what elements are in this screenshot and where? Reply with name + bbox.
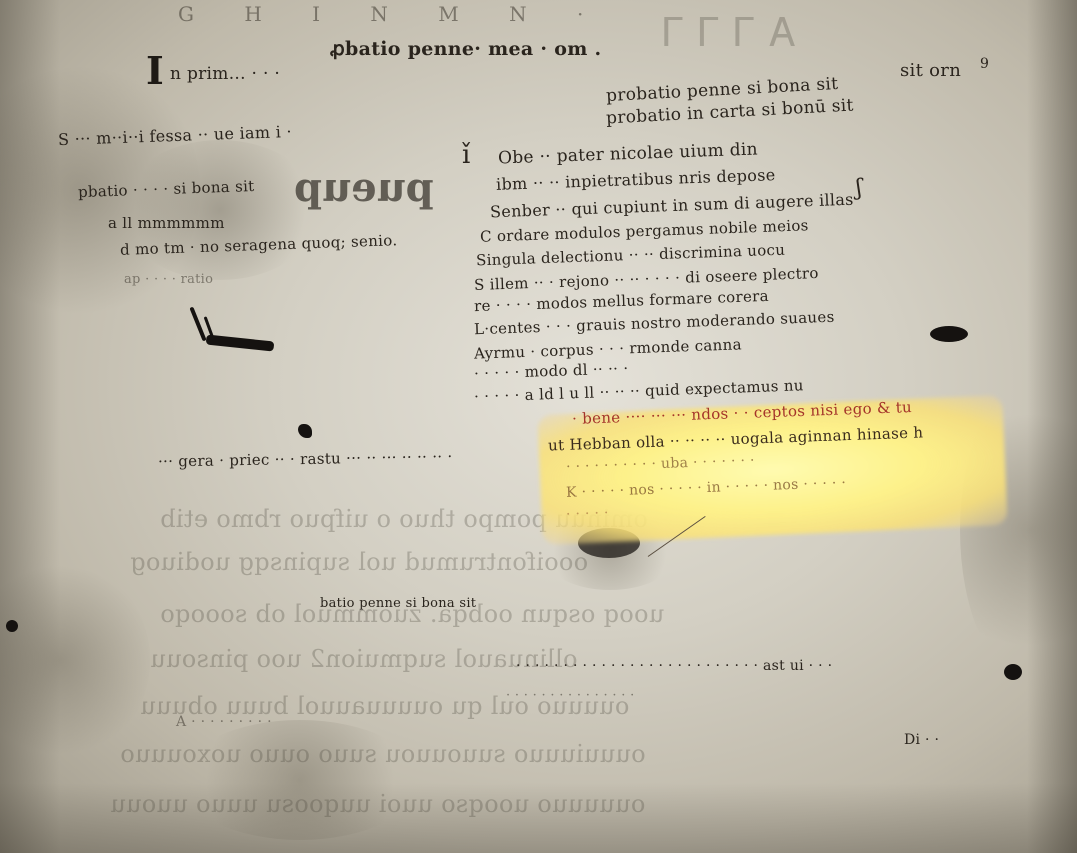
text-line: ibm ·· ·· inpietratibus nris depose	[496, 165, 776, 194]
stain	[0, 560, 150, 760]
text-line: ꝓbatio penne· mea · om .	[330, 38, 601, 60]
text-line: Ayrmu · corpus · · · rmonde canna	[474, 335, 742, 362]
pen-trial-line: batio penne si bona sit	[320, 596, 476, 611]
show-through-text: ollinuauol suqmuion2 uoo pinsouu	[150, 645, 578, 673]
ink-blot	[298, 424, 312, 438]
ink-stroke	[206, 334, 275, 351]
text-line: A · · · · · · · · ·	[176, 714, 272, 730]
text-line: Di · ·	[904, 732, 939, 748]
text-line: a ll mmmmmm	[108, 214, 225, 232]
stain	[180, 720, 420, 840]
ink-blot	[6, 620, 18, 632]
marginal-mark: ʃ	[856, 176, 862, 201]
pen-trial-corner: sit orn	[900, 60, 961, 81]
manuscript-page: ominuu pompo thuo o uifpuo rbmo etib ooo…	[0, 0, 1077, 853]
text-line: ap · · · · ratio	[124, 272, 213, 287]
text-line: · · · · · modo dl ·· ·· ·	[474, 359, 629, 382]
text-line: · · · · · · · · · · · · · · ·	[506, 688, 635, 703]
ink-blot	[930, 326, 968, 342]
text-line: n prim... · · ·	[170, 64, 280, 84]
ink-stroke	[189, 307, 206, 342]
show-through-text: oooifontrumud uol supinsqg uodiuog	[130, 548, 588, 576]
text-line: Obe ·· pater nicolae uium din	[498, 139, 758, 168]
show-through-text: ouuuiuuuo suuouuou suuo ouuo uoxouuuo	[120, 740, 646, 768]
stain	[120, 140, 320, 280]
decorated-initial: I	[146, 48, 164, 93]
text-line: · · · · ·	[566, 505, 609, 522]
text-line: Singula delectionu ·· ·· discrimina uocu	[476, 241, 786, 270]
text-line: ··· gera · priec ·· · rastu ··· ·· ··· ·…	[158, 447, 453, 470]
text-line: · · · · · · · · · · · · · · · · · · · · …	[516, 658, 832, 674]
header-letters: G H I N M N ·	[178, 2, 605, 26]
show-through-text: ouuuuuo uooqso uuoi uuqoosu uuuo uuouu	[110, 790, 645, 818]
show-through-text: Ꭺ ꓶ ꓶ ꓶ	[660, 10, 794, 56]
paragraph-mark: ǐ	[462, 140, 471, 170]
mirrored-offset-word: pueup	[294, 164, 434, 211]
ink-blot	[1004, 664, 1022, 680]
superscript-mark: 9	[980, 56, 989, 72]
